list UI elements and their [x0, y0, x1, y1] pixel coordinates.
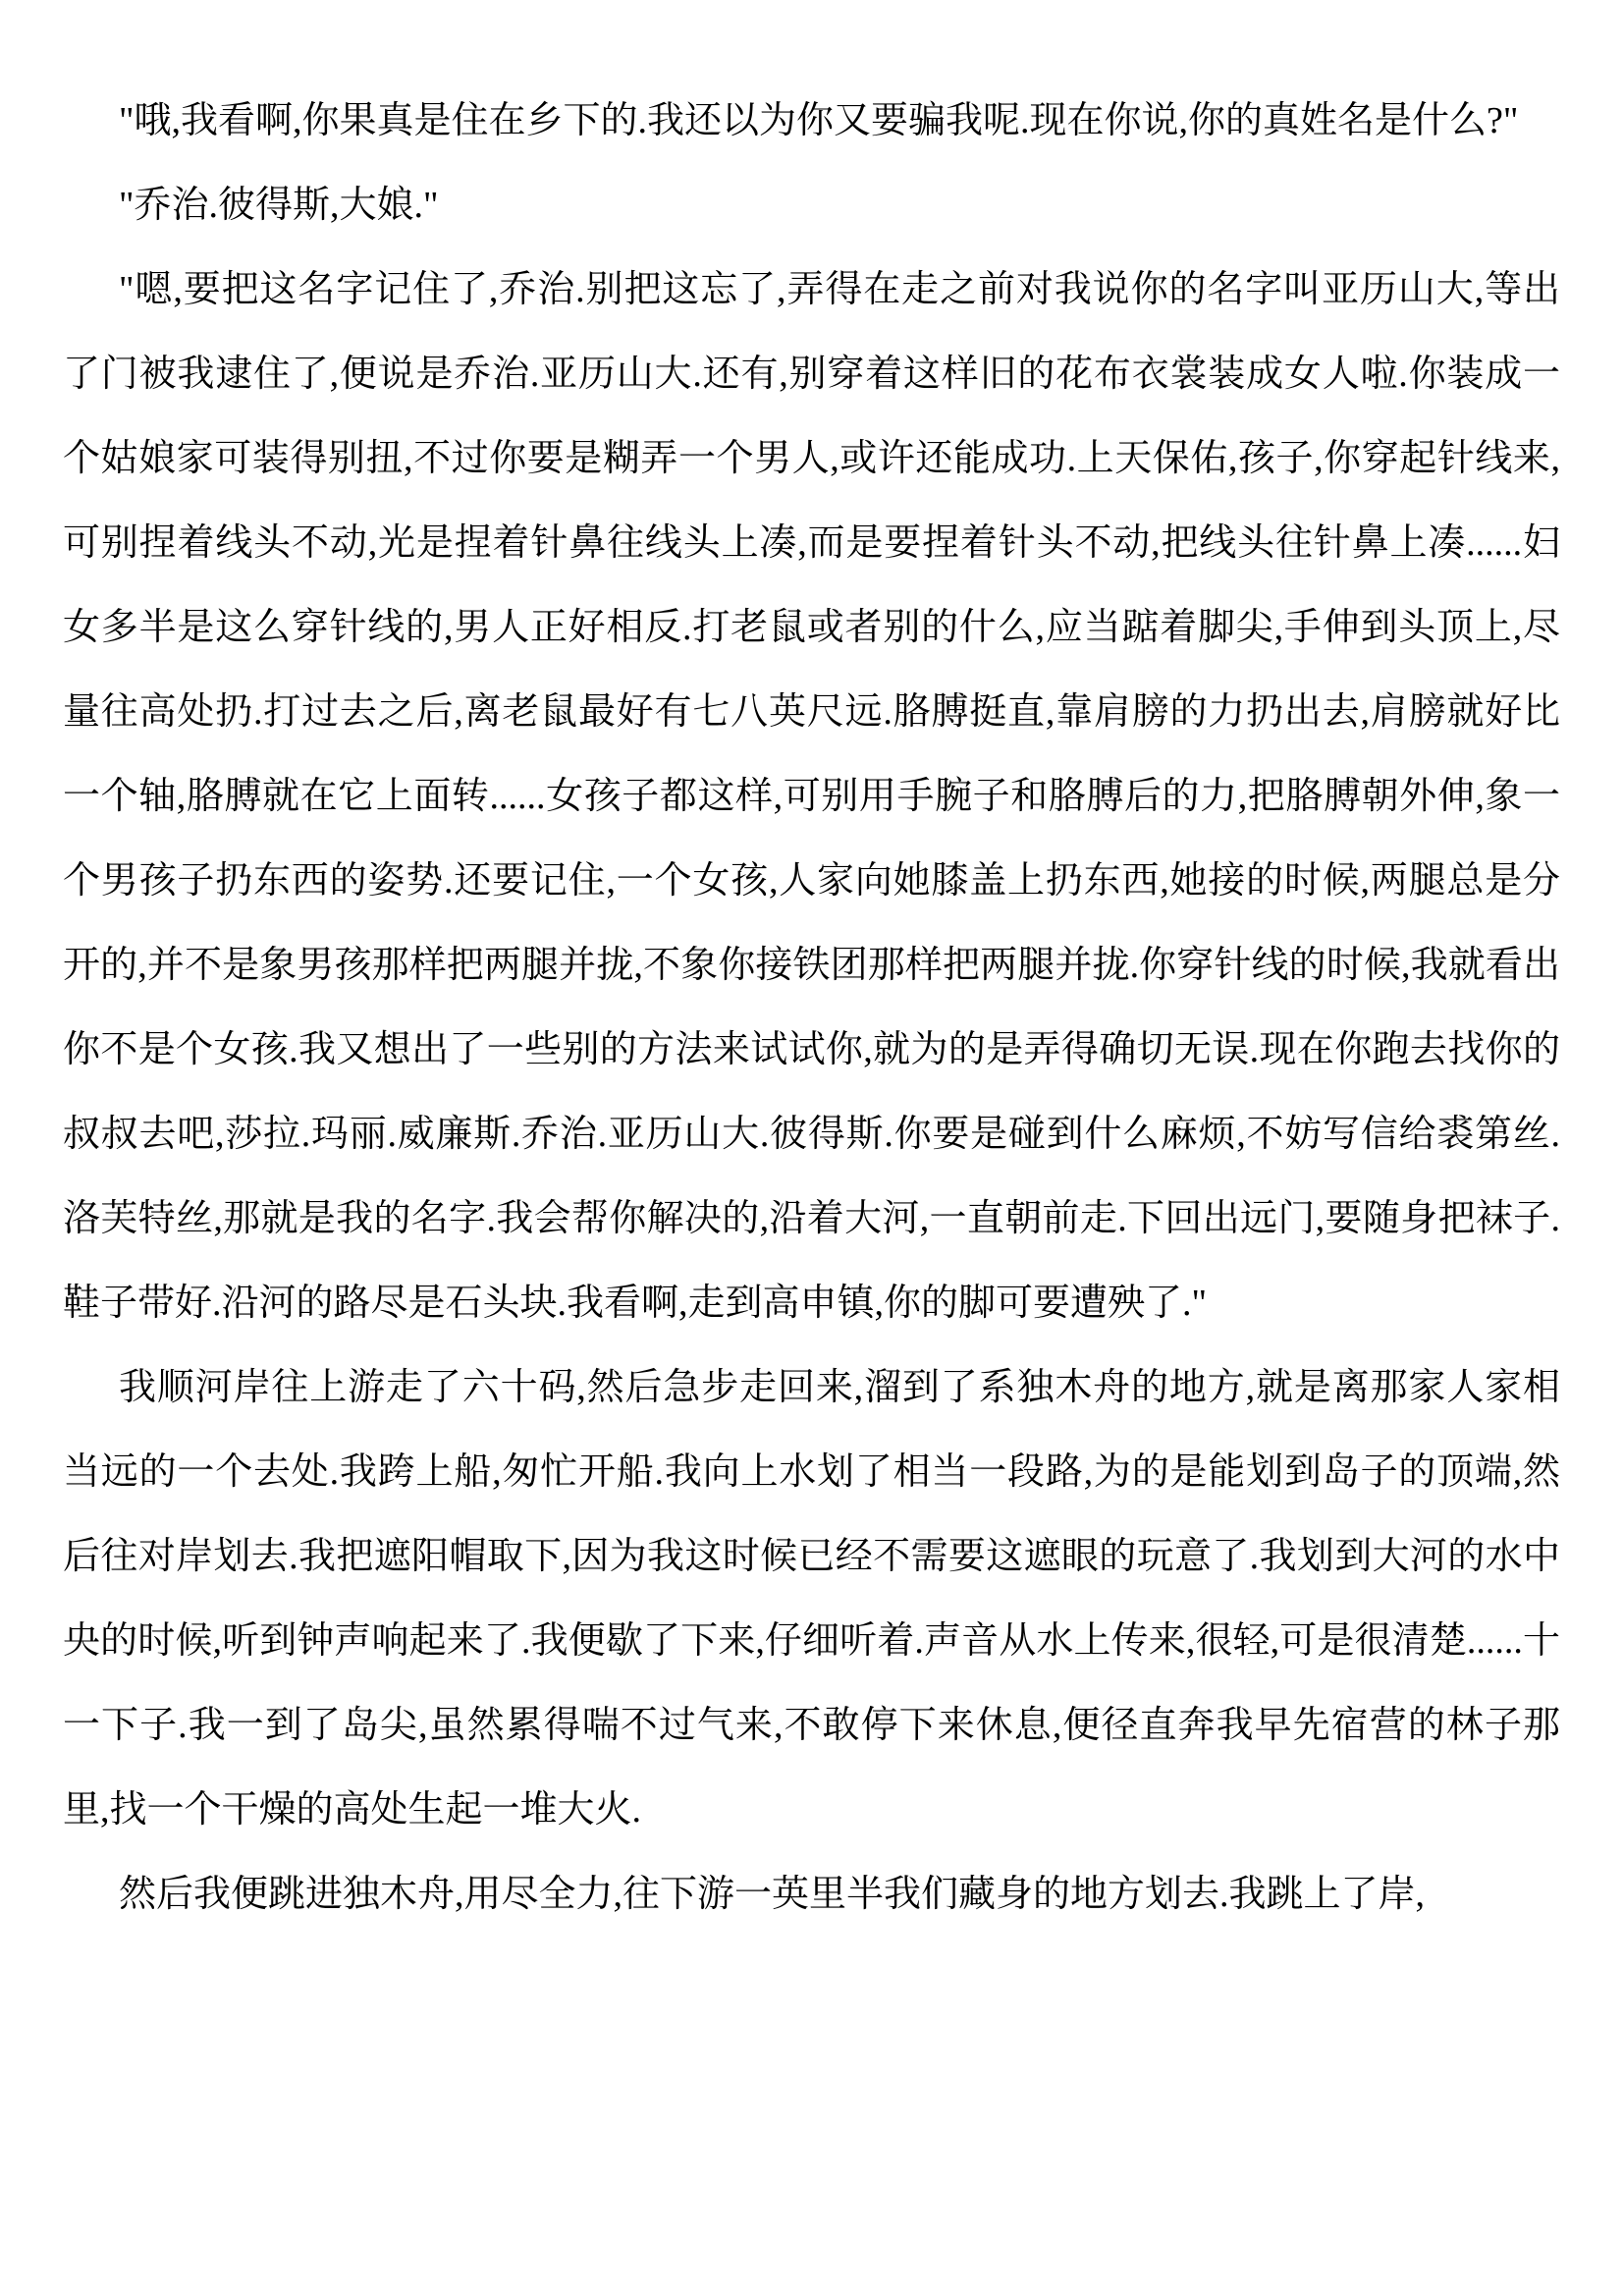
paragraph-dialogue-2: "乔治.彼得斯,大娘.": [63, 163, 1560, 247]
paragraph-dialogue-1: "哦,我看啊,你果真是住在乡下的.我还以为你又要骗我呢.现在你说,你的真姓名是什…: [63, 79, 1560, 163]
paragraph-narration-2: 然后我便跳进独木舟,用尽全力,往下游一英里半我们藏身的地方划去.我跳上了岸,: [63, 1852, 1560, 1937]
document-page: "哦,我看啊,你果真是住在乡下的.我还以为你又要骗我呢.现在你说,你的真姓名是什…: [0, 0, 1623, 2296]
paragraph-dialogue-3: "嗯,要把这名字记住了,乔治.别把这忘了,弄得在走之前对我说你的名字叫亚历山大,…: [63, 247, 1560, 1345]
paragraph-narration-1: 我顺河岸往上游走了六十码,然后急步走回来,溜到了系独木舟的地方,就是离那家人家相…: [63, 1345, 1560, 1852]
